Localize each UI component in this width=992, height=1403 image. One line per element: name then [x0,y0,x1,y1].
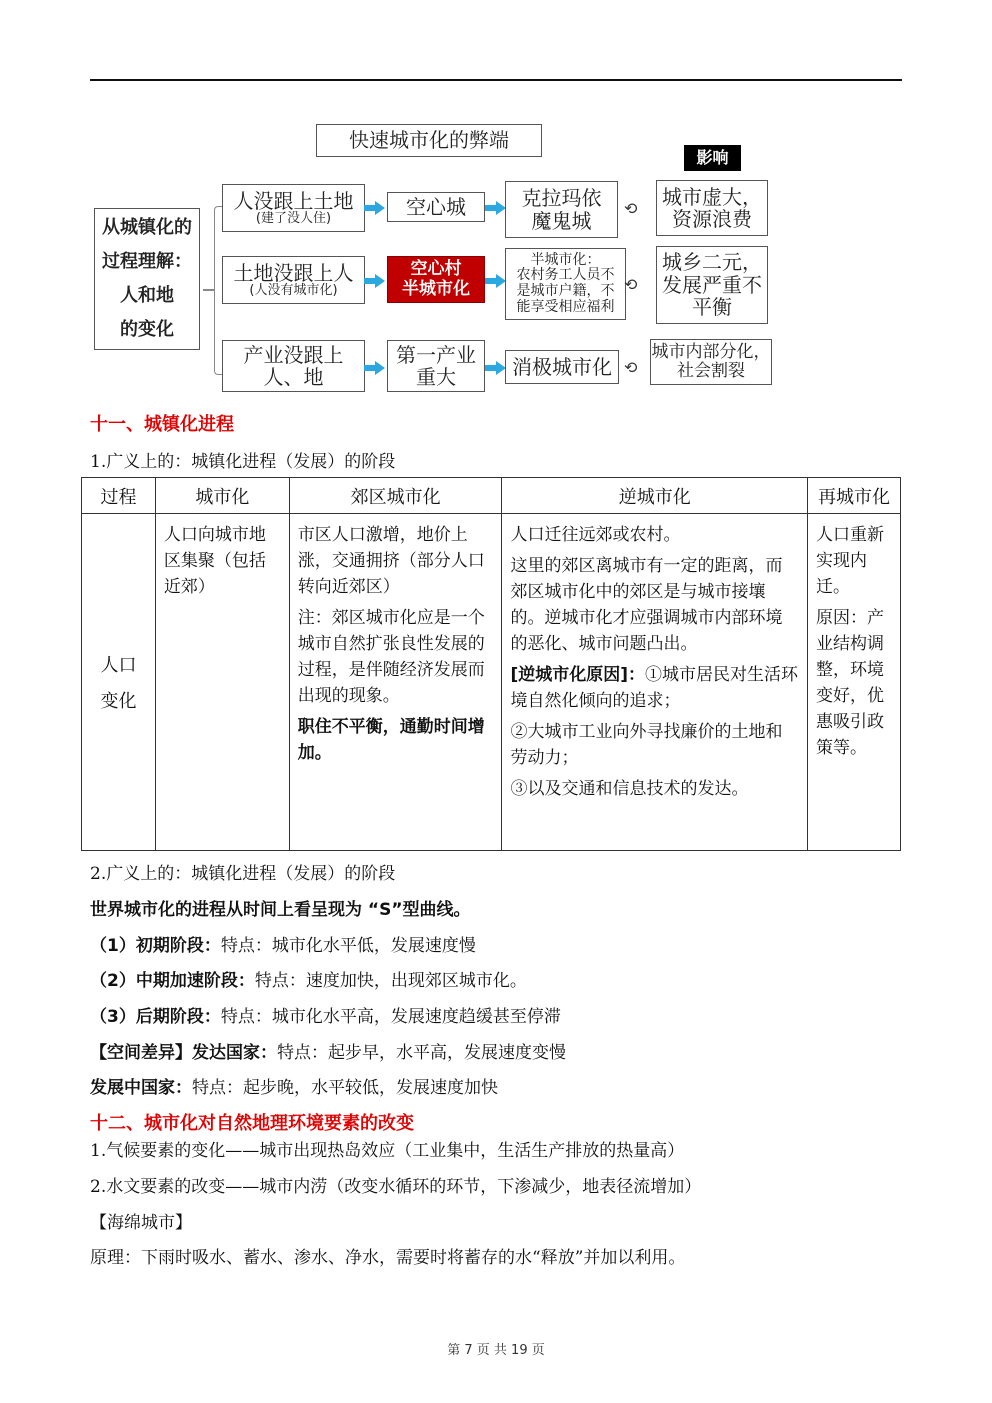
stage-1: （1）初期阶段：特点：城市化水平低，发展速度慢 [90,936,476,956]
cycle-icon: ⟲ [624,275,637,294]
impact-box-2: 城乡二元， 发展严重不 平衡 [656,246,768,324]
sponge-city-label: 【海绵城市】 [90,1213,192,1233]
impact-label: 影响 [684,145,741,171]
example-box-1: 克拉玛依 魔鬼城 [505,181,618,238]
example-box-2: 半城市化： 农村务工人员不 是城市户籍，不 能享受相应福利 [505,248,626,320]
cycle-icon: ⟲ [624,358,637,377]
cell-urbanization: 人口向城市地区集聚（包括近郊） [155,514,289,851]
section-12-heading: 十二、城市化对自然地理环境要素的改变 [90,1113,414,1135]
cell-suburbanization: 市区人口激增，地价上涨，交通拥挤（部分人口转向近郊区） 注：郊区城市化应是一个城… [289,514,502,851]
cause-box-1: 人没跟上土地 (建了没人住) [222,184,365,232]
left-concept-box: 从城镇化的 过程理解： 人和地 的变化 [94,208,200,350]
arrow-right-icon [485,201,507,215]
diagram-title: 快速城市化的弊端 [316,124,542,157]
col-header-counter-urbanization: 逆城市化 [502,478,808,514]
urbanization-stages-table: 过程 城市化 郊区城市化 逆城市化 再城市化 人口 变化 人口向城市地区集聚（包… [81,477,901,851]
stage-3: （3）后期阶段：特点：城市化水平高，发展速度趋缓甚至停滞 [90,1007,561,1027]
section-12-item-1: 1.气候要素的变化——城市出现热岛效应（工业集中，生活生产排放的热量高） [90,1141,684,1161]
cell-re-urbanization: 人口重新实现内迁。 原因：产业结构调整，环境变好，优惠吸引政策等。 [808,514,901,851]
col-header-process: 过程 [82,478,156,514]
arrow-right-icon [485,274,507,288]
section-12-item-2: 2.水文要素的改变——城市内涝（改变水循环的环节，下渗减少，地表径流增加） [90,1177,701,1197]
branch-tick [203,289,215,291]
col-header-suburbanization: 郊区城市化 [289,478,502,514]
spatial-difference-developed: 【空间差异】发达国家：特点：起步早，水平高，发展速度变慢 [90,1043,566,1063]
subheading-2: 2.广义上的：城镇化进程（发展）的阶段 [90,864,395,884]
spatial-difference-developing: 发展中国家：特点：起步晚，水平较低，发展速度加快 [90,1078,498,1098]
cause-box-3: 产业没跟上 人、地 [222,340,365,392]
result-box-1: 空心城 [387,192,485,222]
result-box-3: 第一产业 重大 [387,340,485,392]
arrow-right-icon [485,361,507,375]
row-label: 人口 变化 [82,514,156,851]
cell-counter-urbanization: 人口迁往远郊或农村。 这里的郊区离城市有一定的距离，而郊区城市化中的郊区是与城市… [502,514,808,851]
sponge-city-principle: 原理：下雨时吸水、蓄水、渗水、净水，需要时将蓄存的水“释放”并加以利用。 [90,1248,685,1268]
branch-bracket [214,206,222,375]
header-rule [90,79,902,81]
col-header-re-urbanization: 再城市化 [808,478,901,514]
arrow-right-icon [364,274,386,288]
table-header-row: 过程 城市化 郊区城市化 逆城市化 再城市化 [82,478,901,514]
impact-box-1: 城市虚大， 资源浪费 [656,180,768,236]
cause-box-2: 土地没跟上人 (人没有城市化) [222,256,365,304]
table-row: 人口 变化 人口向城市地区集聚（包括近郊） 市区人口激增，地价上涨，交通拥挤（部… [82,514,901,851]
example-box-3: 消极城市化 [505,350,619,384]
col-header-urbanization: 城市化 [155,478,289,514]
s-curve-statement: 世界城市化的进程从时间上看呈现为 “S”型曲线。 [90,900,471,920]
result-box-2-highlight: 空心村 半城市化 [387,256,485,303]
subheading-1: 1.广义上的：城镇化进程（发展）的阶段 [90,452,395,472]
arrow-right-icon [364,201,386,215]
arrow-right-icon [364,361,386,375]
impact-box-3: 城市内部分化， 社会割裂 [650,339,772,385]
page-number: 第 7 页 共 19 页 [0,1339,992,1358]
stage-2: （2）中期加速阶段：特点：速度加快，出现郊区城市化。 [90,971,527,991]
section-11-heading: 十一、城镇化进程 [90,414,234,436]
cycle-icon: ⟲ [624,199,637,218]
